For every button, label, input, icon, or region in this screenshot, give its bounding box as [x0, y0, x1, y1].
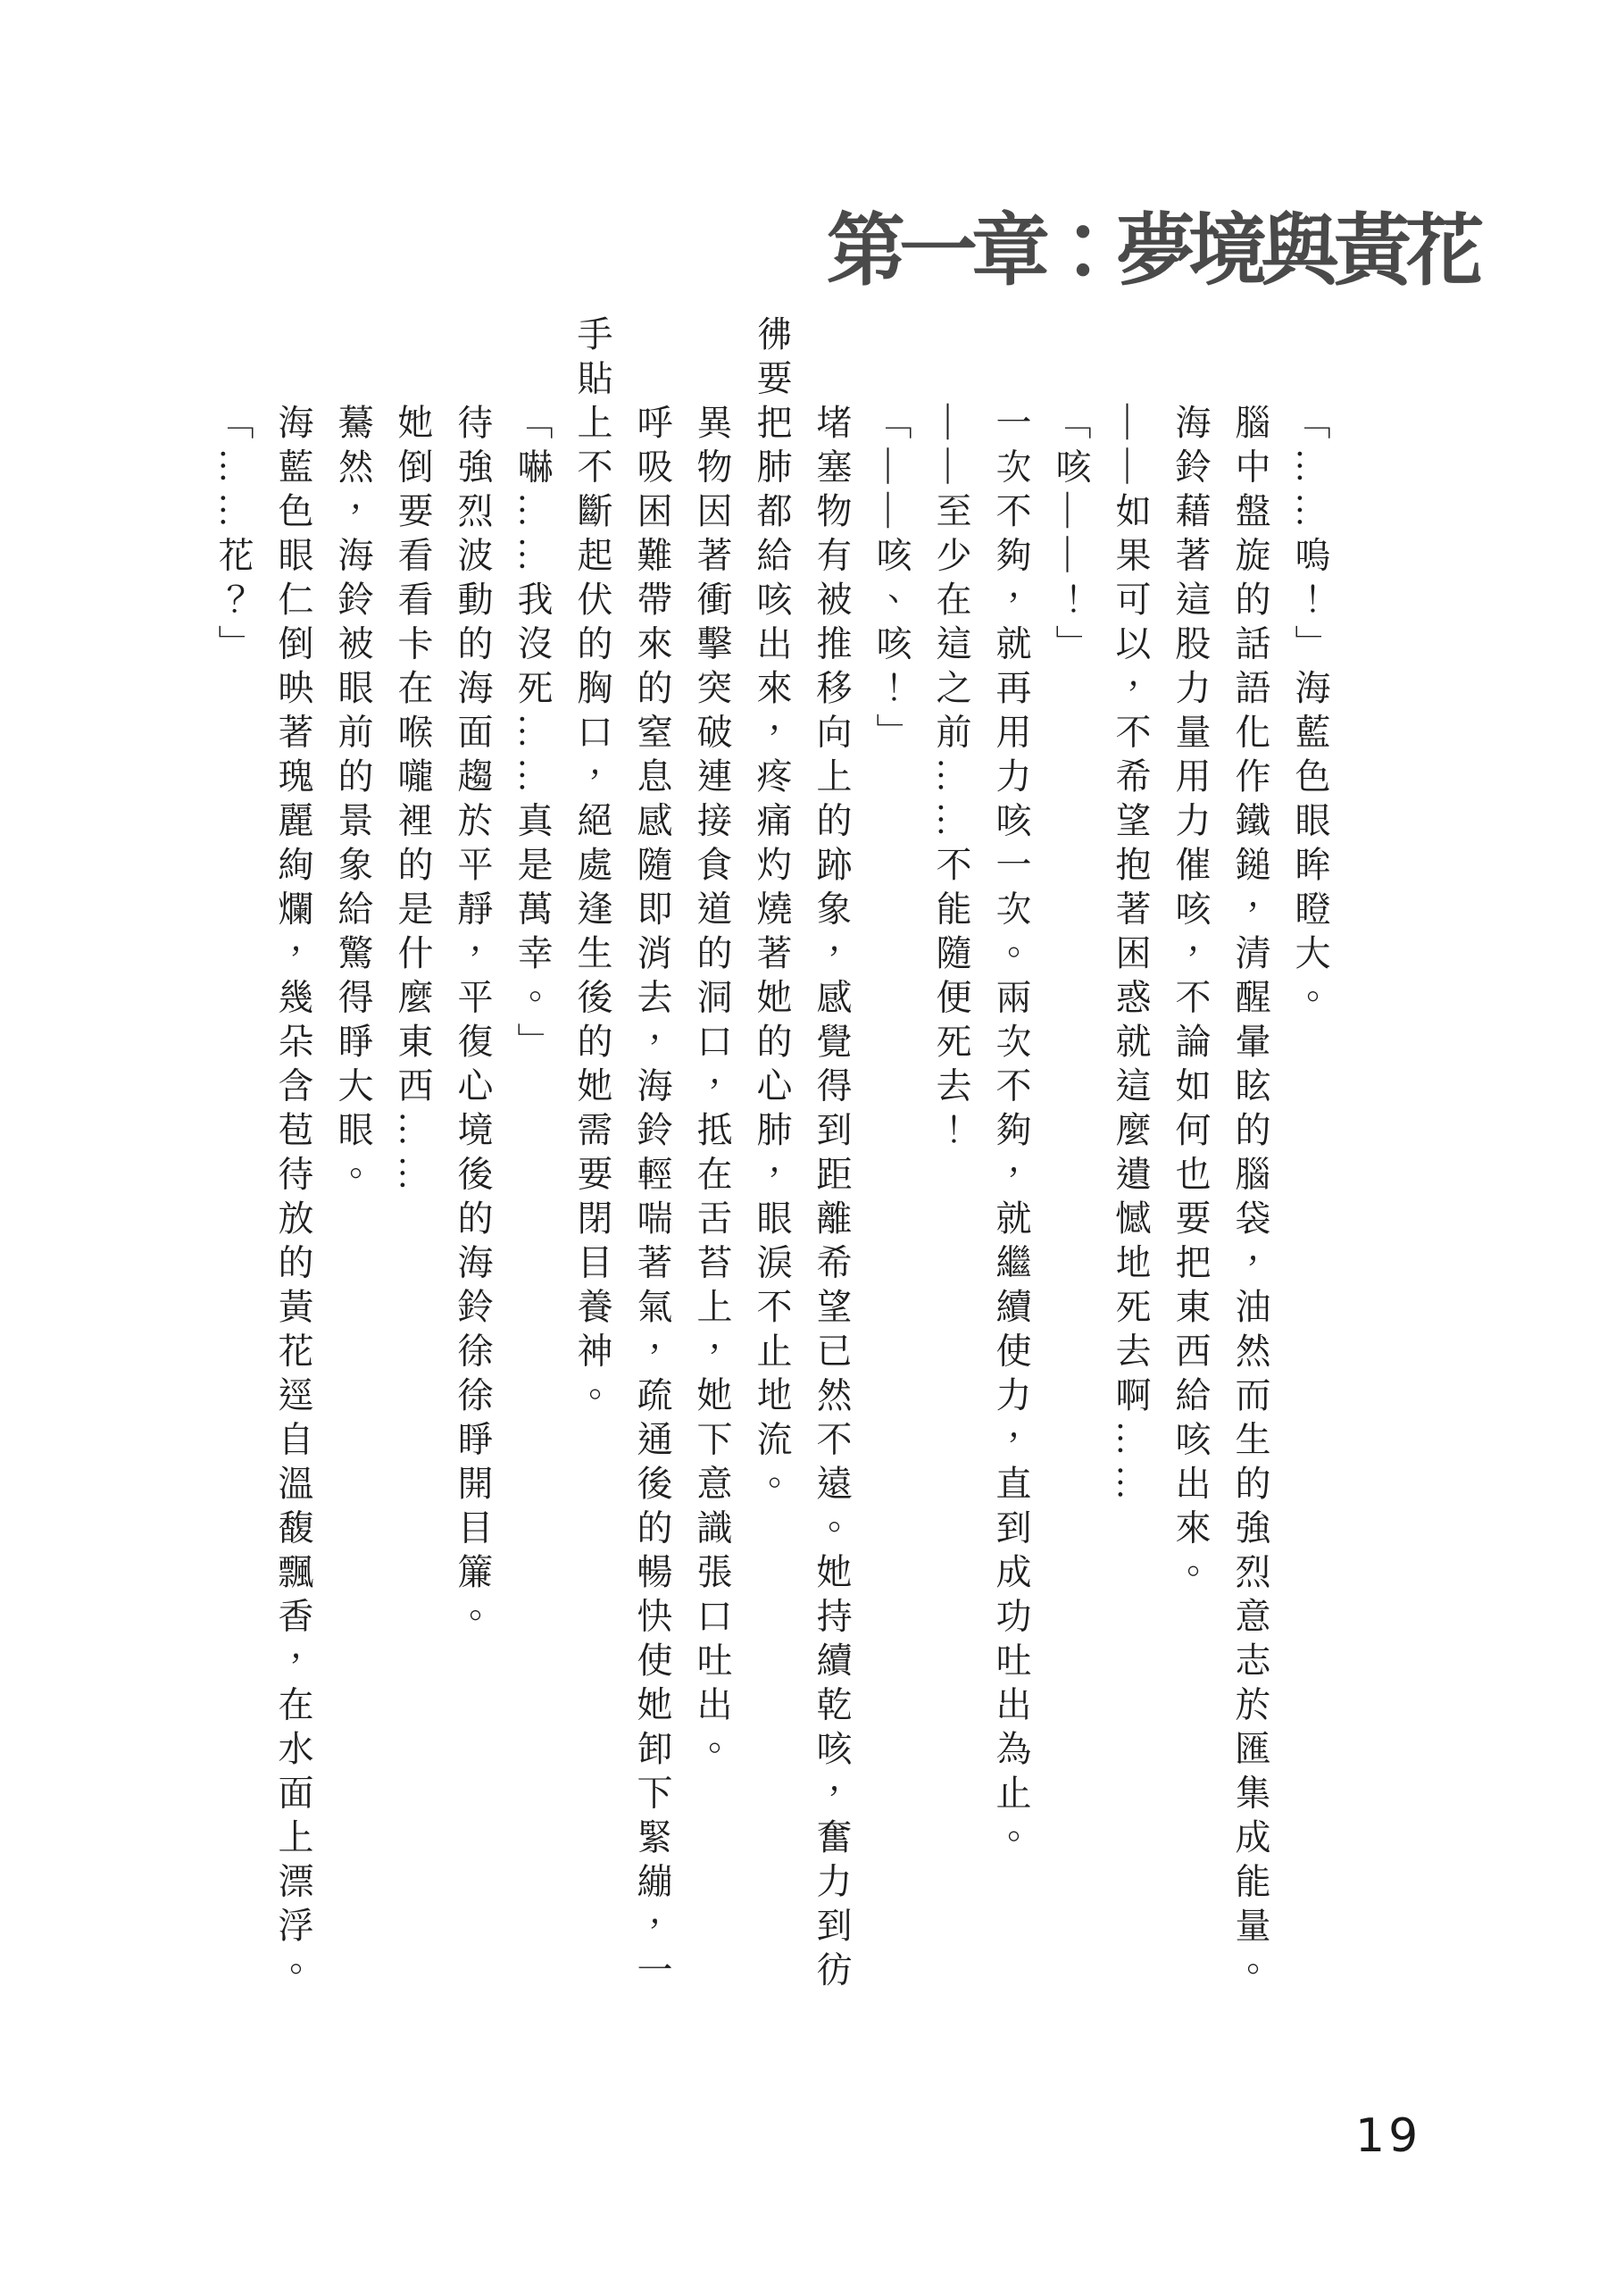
- text-column: 海鈴藉著這股力量用力催咳，不論如何也要把東西給咳出來。: [1161, 315, 1220, 2086]
- body-text-block: 「……嗚！」海藍色眼眸瞪大。 腦中盤旋的話語化作鐵鎚，清醒暈眩的腦袋，油然而生的…: [204, 315, 1340, 1998]
- chapter-title: 第一章：夢境與黃花: [827, 188, 1478, 301]
- text-column: 「——咳、咳！」: [862, 315, 921, 2086]
- text-column: 一次不夠，就再用力咳一次。兩次不夠，就繼續使力，直到成功吐出為止。: [981, 315, 1041, 2086]
- text-column: 異物因著衝擊突破連接食道的洞口，抵在舌苔上，她下意識張口吐出。: [682, 315, 742, 2086]
- text-column: 海藍色眼仁倒映著瑰麗絢爛，幾朵含苞待放的黃花逕自溫馥飄香，在水面上漂浮。: [263, 315, 323, 2086]
- novel-page: { "page": { "title": "第一章：夢境與黃花", "page_…: [0, 0, 1624, 2279]
- text-column: 驀然，海鈴被眼前的景象給驚得睜大眼。: [323, 315, 383, 2086]
- text-column: 手貼上不斷起伏的胸口，絕處逢生後的她需要閉目養神。: [562, 315, 622, 1998]
- text-column: 「……嗚！」海藍色眼眸瞪大。: [1280, 315, 1340, 2086]
- page-number: 19: [1355, 2109, 1421, 2163]
- text-column: 腦中盤旋的話語化作鐵鎚，清醒暈眩的腦袋，油然而生的強烈意志於匯集成能量。: [1220, 315, 1280, 2086]
- text-column: 「咳——！」: [1041, 315, 1101, 2086]
- text-column: 呼吸困難帶來的窒息感隨即消去，海鈴輕喘著氣，疏通後的暢快使她卸下緊繃，一: [622, 315, 682, 2086]
- text-column: 「……花？」: [204, 315, 263, 2086]
- text-column: 待強烈波動的海面趨於平靜，平復心境後的海鈴徐徐睜開目簾。: [443, 315, 503, 2086]
- text-column: 「嚇……我沒死……真是萬幸。」: [503, 315, 562, 2086]
- text-column: ——如果可以，不希望抱著困惑就這麼遺憾地死去啊……: [1101, 315, 1161, 2086]
- page: 第一章：夢境與黃花 「……嗚！」海藍色眼眸瞪大。 腦中盤旋的話語化作鐵鎚，清醒暈…: [0, 0, 1624, 2279]
- text-column: 堵塞物有被推移向上的跡象，感覺得到距離希望已然不遠。她持續乾咳，奮力到彷: [802, 315, 862, 2086]
- text-column: 彿要把肺都給咳出來，疼痛灼燒著她的心肺，眼淚不止地流。: [742, 315, 802, 1998]
- text-column: 她倒要看看卡在喉嚨裡的是什麼東西……: [383, 315, 443, 2086]
- text-column: ——至少在這之前……不能隨便死去！: [921, 315, 981, 2086]
